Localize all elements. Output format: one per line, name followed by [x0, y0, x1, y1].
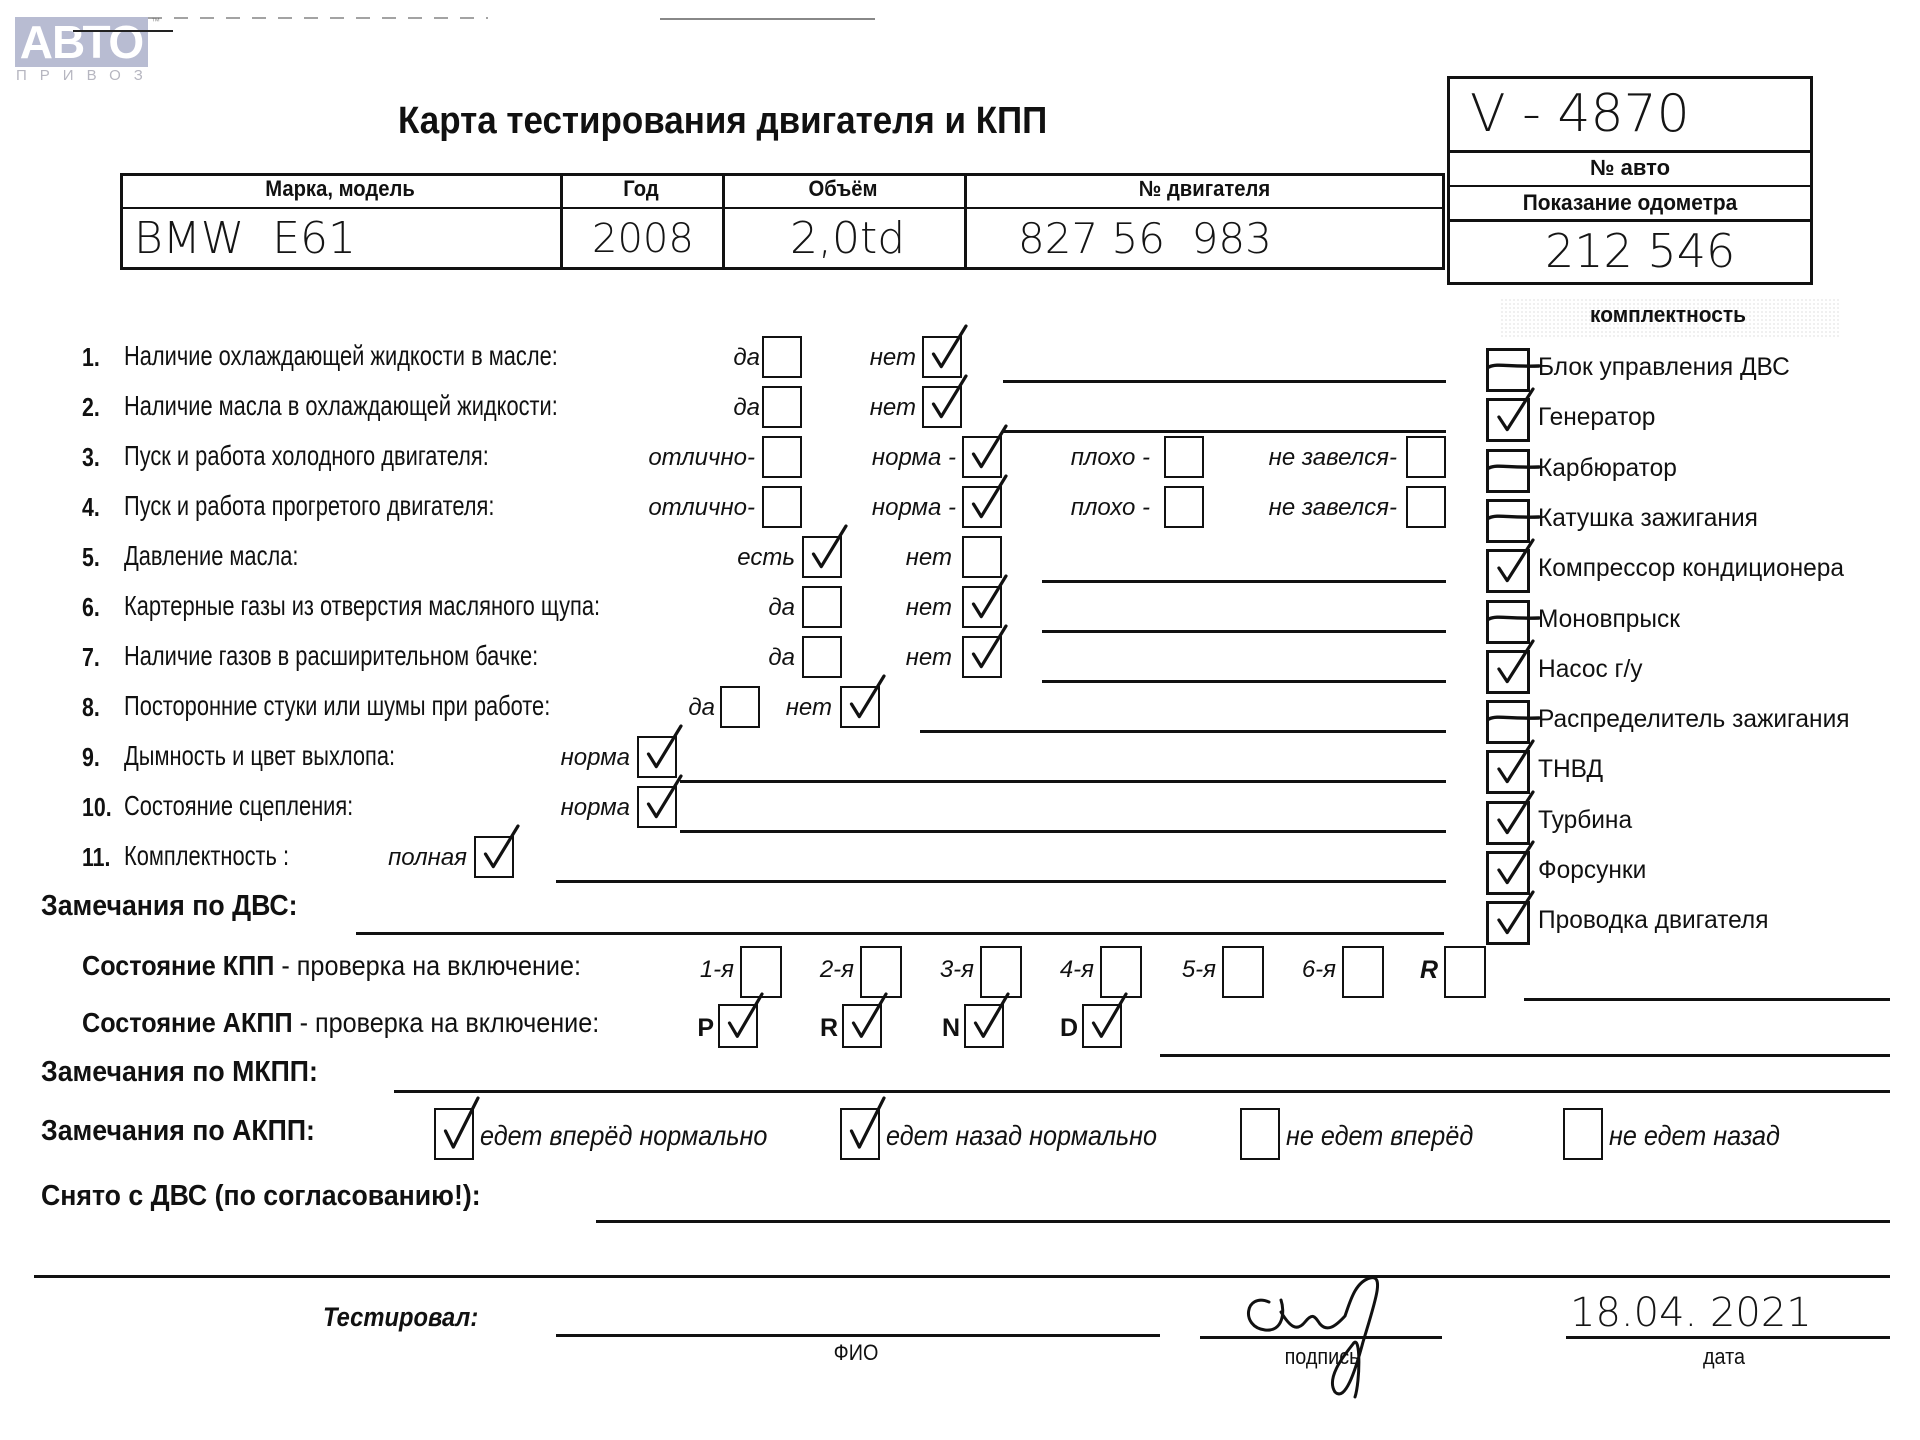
option-label: нет — [752, 594, 952, 622]
question-number: 11. — [82, 842, 110, 873]
completeness-title: комплектность — [1459, 302, 1877, 328]
notes-field[interactable] — [1042, 630, 1446, 633]
completeness-checkbox-1[interactable] — [1486, 348, 1530, 392]
completeness-label: Карбюратор — [1538, 454, 1677, 483]
car-number-value[interactable]: V - 4870 — [1470, 84, 1690, 144]
completeness-checkbox-8[interactable] — [1486, 700, 1530, 744]
gear-label: 6-я — [1262, 956, 1336, 984]
notes-field[interactable] — [1003, 430, 1446, 433]
notes-field[interactable] — [920, 730, 1446, 733]
gear-checkbox-2-я[interactable] — [860, 946, 902, 998]
manual-gearbox-title: Состояние КПП — [82, 950, 274, 981]
option-label: полная — [267, 844, 467, 872]
question-number: 9. — [82, 742, 100, 773]
scan-artifact-dashes — [148, 17, 488, 19]
gear-label: 2-я — [780, 956, 854, 984]
auto-remark-label: едет вперёд нормально — [480, 1120, 767, 1152]
auto-remark-label: не едет назад — [1609, 1120, 1780, 1152]
question-number: 3. — [82, 442, 100, 473]
notes-field[interactable] — [1042, 580, 1446, 583]
value-engine-number[interactable]: 827 56 983 — [1018, 206, 1272, 270]
question-label: Состояние сцепления: — [124, 790, 353, 822]
manual-gearbox-desc: - проверка на включение: — [274, 950, 581, 981]
option-label: не завелся- — [1197, 444, 1397, 472]
auto-remark-checkbox-1[interactable] — [434, 1108, 474, 1160]
odometer-value[interactable]: 212 546 — [1545, 224, 1735, 278]
question-number: 7. — [82, 642, 100, 673]
header-make-model: Марка, модель — [138, 176, 543, 206]
engine-remarks-field[interactable] — [356, 932, 1444, 935]
date-value[interactable]: 18.04. 2021 — [1570, 1290, 1812, 1336]
question-label: Посторонние стуки или шумы при работе: — [124, 690, 550, 722]
option-label: норма — [430, 744, 630, 772]
date-field[interactable] — [1566, 1336, 1890, 1339]
question-number: 1. — [82, 342, 100, 373]
engine-remarks-label: Замечания по ДВС: — [41, 890, 298, 923]
logo-subtitle: ПРИВОЗ — [16, 67, 156, 84]
question-label: Дымность и цвет выхлопа: — [124, 740, 395, 772]
option-label: норма - — [756, 444, 956, 472]
box-divider — [1447, 185, 1813, 187]
question-number: 4. — [82, 492, 100, 523]
notes-field[interactable] — [1042, 680, 1446, 683]
auto-remark-checkbox-3[interactable] — [1240, 1108, 1280, 1160]
manual-remarks-label: Замечания по МКПП: — [41, 1056, 318, 1089]
checkbox-q3-opt4[interactable] — [1406, 436, 1446, 478]
header-year: Год — [566, 176, 715, 206]
completeness-label: Проводка двигателя — [1538, 906, 1768, 935]
manual-gearbox-label: Состояние КПП - проверка на включение: — [82, 950, 581, 982]
option-label: нет — [632, 694, 832, 722]
table-divider — [964, 173, 967, 270]
manual-gearbox-notes-field[interactable] — [1524, 998, 1890, 1001]
option-label: плохо - — [950, 444, 1150, 472]
question-number: 6. — [82, 592, 100, 623]
completeness-checkbox-6[interactable] — [1486, 600, 1530, 644]
notes-field[interactable] — [680, 830, 1446, 833]
logo-brand: АВТО — [15, 14, 148, 70]
question-label: Пуск и работа холодного двигателя: — [124, 440, 489, 472]
gear-checkbox-1-я[interactable] — [740, 946, 782, 998]
completeness-label: Форсунки — [1538, 856, 1646, 885]
question-label: Картерные газы из отверстия масляного щу… — [124, 590, 600, 622]
value-year[interactable]: 2008 — [592, 206, 694, 270]
option-label: норма — [430, 794, 630, 822]
handwritten-signature — [1235, 1272, 1465, 1412]
table-divider — [722, 173, 725, 270]
auto-gearbox-title: Состояние АКПП — [82, 1007, 293, 1038]
car-number-label: № авто — [1447, 155, 1813, 181]
auto-remark-label: едет назад нормально — [886, 1120, 1157, 1152]
gear-label: 3-я — [900, 956, 974, 984]
option-label: нет — [752, 644, 952, 672]
gear-label: R — [1364, 956, 1438, 985]
notes-field[interactable] — [680, 780, 1446, 783]
option-label: нет — [752, 544, 952, 572]
option-label: не завелся- — [1197, 494, 1397, 522]
question-label: Наличие масла в охлаждающей жидкости: — [124, 390, 558, 422]
question-label: Наличие охлаждающей жидкости в масле: — [124, 340, 558, 372]
value-make-model[interactable]: BMW E61 — [134, 206, 356, 270]
date-caption: дата — [1634, 1344, 1814, 1370]
table-divider — [560, 173, 563, 270]
completeness-label: Распределитель зажигания — [1538, 705, 1850, 734]
completeness-checkbox-10[interactable] — [1486, 801, 1530, 845]
completeness-checkbox-7[interactable] — [1486, 650, 1530, 694]
completeness-label: Насос г/у — [1538, 655, 1643, 684]
question-number: 2. — [82, 392, 100, 423]
completeness-label: Турбина — [1538, 806, 1632, 835]
question-label: Наличие газов в расширительном бачке: — [124, 640, 538, 672]
auto-gearbox-desc: - проверка на включение: — [293, 1007, 600, 1038]
value-volume[interactable]: 2,0td — [790, 206, 905, 270]
checkbox-q1-opt2[interactable] — [922, 336, 962, 378]
gear-label: R — [802, 1014, 838, 1043]
completeness-label: Моновпрыск — [1538, 605, 1680, 634]
checkbox-q5-opt2[interactable] — [962, 536, 1002, 578]
option-label: отлично- — [555, 494, 755, 522]
auto-remark-checkbox-4[interactable] — [1563, 1108, 1603, 1160]
gear-label: 1-я — [660, 956, 734, 984]
manual-remarks-field[interactable] — [394, 1090, 1890, 1093]
completeness-label: Компрессор кондиционера — [1538, 554, 1844, 583]
checkbox-q6-opt2[interactable] — [962, 586, 1002, 628]
checkbox-q9-opt1[interactable] — [637, 736, 677, 778]
option-label: нет — [716, 394, 916, 422]
header-volume: Объём — [732, 176, 955, 206]
auto-gearbox-label: Состояние АКПП - проверка на включение: — [82, 1007, 599, 1039]
box-divider — [1447, 219, 1813, 222]
gear-label: D — [1042, 1014, 1078, 1043]
box-divider — [1447, 150, 1813, 153]
completeness-checkbox-2[interactable] — [1486, 398, 1530, 442]
question-label: Комплектность : — [124, 840, 289, 872]
notes-field[interactable] — [556, 880, 1446, 883]
completeness-label: Катушка зажигания — [1538, 504, 1758, 533]
question-number: 5. — [82, 542, 100, 573]
gear-label: 4-я — [1020, 956, 1094, 984]
option-label: отлично- — [555, 444, 755, 472]
option-label: норма - — [756, 494, 956, 522]
gear-label: N — [924, 1014, 960, 1043]
auto-gearbox-notes-field[interactable] — [1160, 1054, 1890, 1057]
completeness-label: ТНВД — [1538, 755, 1603, 784]
gear-label: P — [678, 1014, 714, 1043]
checkbox-q7-opt2[interactable] — [962, 636, 1002, 678]
removed-parts-label: Снято с ДВС (по согласованию!): — [41, 1180, 481, 1213]
completeness-checkbox-3[interactable] — [1486, 449, 1530, 493]
checkbox-q2-opt2[interactable] — [922, 386, 962, 428]
option-label: плохо - — [950, 494, 1150, 522]
gear-checkbox-5-я[interactable] — [1222, 946, 1264, 998]
auto-remark-label: не едет вперёд — [1286, 1120, 1473, 1152]
tester-name-field[interactable] — [556, 1334, 1160, 1337]
header-engine-number: № двигателя — [983, 176, 1426, 206]
gear-checkbox-4-я[interactable] — [1100, 946, 1142, 998]
completeness-checkbox-12[interactable] — [1486, 901, 1530, 945]
question-label: Давление масла: — [124, 540, 298, 572]
question-label: Пуск и работа прогретого двигателя: — [124, 490, 494, 522]
question-number: 8. — [82, 692, 100, 723]
removed-parts-field[interactable] — [596, 1220, 1890, 1223]
question-number: 10. — [82, 792, 112, 823]
completeness-checkbox-4[interactable] — [1486, 499, 1530, 543]
completeness-label: Блок управления ДВС — [1538, 353, 1790, 382]
odometer-label: Показание одометра — [1456, 190, 1804, 216]
completeness-checkbox-11[interactable] — [1486, 851, 1530, 895]
scan-artifact-dashes — [660, 18, 875, 20]
checkbox-q8-opt2[interactable] — [840, 686, 880, 728]
page-title: Карта тестирования двигателя и КПП — [398, 100, 1047, 143]
auto-gear-checkbox-D[interactable] — [1082, 1004, 1122, 1048]
checkbox-q10-opt1[interactable] — [637, 786, 677, 828]
auto-remarks-label: Замечания по АКПП: — [41, 1115, 315, 1148]
tested-by-label: Тестировал: — [323, 1302, 478, 1333]
auto-remark-checkbox-2[interactable] — [840, 1108, 880, 1160]
gear-label: 5-я — [1142, 956, 1216, 984]
gear-checkbox-R[interactable] — [1444, 946, 1486, 998]
gear-checkbox-3-я[interactable] — [980, 946, 1022, 998]
notes-field[interactable] — [1003, 380, 1446, 383]
name-caption: ФИО — [766, 1340, 946, 1366]
scan-artifact-line — [73, 30, 173, 32]
completeness-checkbox-5[interactable] — [1486, 549, 1530, 593]
completeness-checkbox-9[interactable] — [1486, 750, 1530, 794]
auto-gear-checkbox-R[interactable] — [842, 1004, 882, 1048]
completeness-label: Генератор — [1538, 403, 1655, 432]
option-label: нет — [716, 344, 916, 372]
checkbox-q11-opt1[interactable] — [474, 836, 514, 878]
section-divider — [34, 1275, 1890, 1278]
auto-gear-checkbox-P[interactable] — [718, 1004, 758, 1048]
checkbox-q4-opt4[interactable] — [1406, 486, 1446, 528]
auto-gear-checkbox-N[interactable] — [964, 1004, 1004, 1048]
